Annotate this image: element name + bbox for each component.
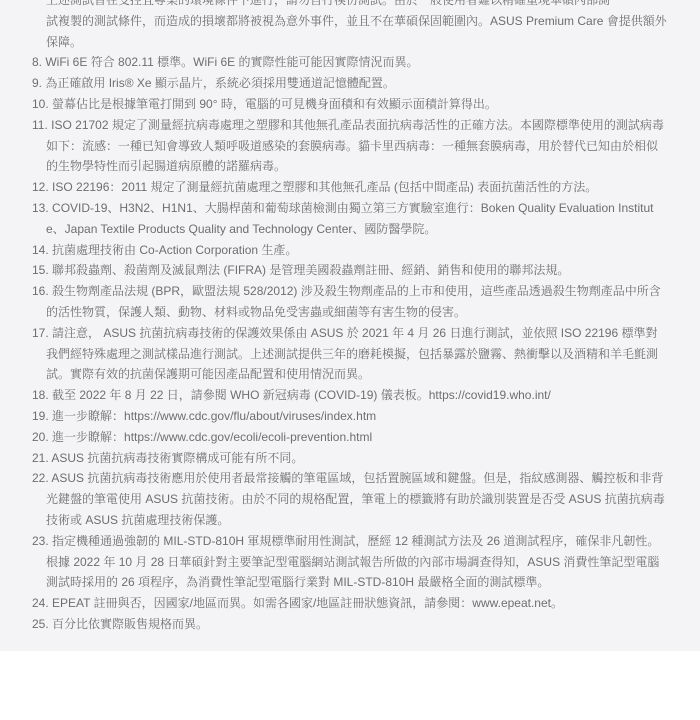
footnote-text: 殺生物劑產品法規 (BPR，歐盟法規 528/2012) 涉及殺生物劑產品的上市… <box>46 284 661 319</box>
footnote-number: 12. <box>32 180 49 194</box>
footnote-text: 進一步瞭解：https://www.cdc.gov/flu/about/viru… <box>52 409 376 423</box>
footnote-text: 抗菌處理技術由 Co-Action Corporation 生產。 <box>52 243 297 257</box>
footnote-text: 截至 2022 年 8 月 22 日，請參閱 WHO 新冠病毒 (COVID-1… <box>52 388 551 402</box>
footnote-text: 請注意， ASUS 抗菌抗病毒技術的保護效果係由 ASUS 於 2021 年 4… <box>46 326 658 382</box>
footnote-item: 15. 聯邦殺蟲劑、殺菌劑及滅鼠劑法 (FIFRA) 是管理美國殺蟲劑註冊、經銷… <box>0 260 668 281</box>
footnote-number: 9. <box>32 76 42 90</box>
footnote-item: 23. 指定機種通過強韌的 MIL-STD-810H 軍規標準耐用性測試，歷經 … <box>0 531 668 593</box>
footnote-number: 15. <box>32 263 49 277</box>
footnote-text: ISO 21702 規定了測量經抗病毒處理之塑膠和其他無孔產品表面抗病毒活性的正… <box>46 118 664 174</box>
footnote-item: 16. 殺生物劑產品法規 (BPR，歐盟法規 528/2012) 涉及殺生物劑產… <box>0 281 668 323</box>
footnote-number: 21. <box>32 451 49 465</box>
footnote-item: 18. 截至 2022 年 8 月 22 日，請參閱 WHO 新冠病毒 (COV… <box>0 385 668 406</box>
footnote-item: 9. 為正確啟用 Iris® Xe 顯示晶片，系統必須採用雙通道記憶體配置。 <box>0 73 668 94</box>
footnote-text: ASUS 抗菌抗病毒技術應用於使用者最常接觸的筆電區域，包括置腕區域和鍵盤。但是… <box>46 471 665 527</box>
footnote-text: 指定機種通過強韌的 MIL-STD-810H 軍規標準耐用性測試，歷經 12 種… <box>46 534 659 590</box>
footnote-number: 16. <box>32 284 49 298</box>
footnote-number: 23. <box>32 534 49 548</box>
footnote-text: 螢幕佔比是根據筆電打開到 90° 時，電腦的可見機身面積和有效顯示面積計算得出。 <box>52 97 497 111</box>
footnote-number: 20. <box>32 430 49 444</box>
footnote-text: ASUS 抗菌抗病毒技術實際構成可能有所不同。 <box>51 451 303 465</box>
footnote-item: 20. 進一步瞭解：https://www.cdc.gov/ecoli/ecol… <box>0 427 668 448</box>
footnote-item: 22. ASUS 抗菌抗病毒技術應用於使用者最常接觸的筆電區域，包括置腕區域和鍵… <box>0 468 668 530</box>
footnote-text: 進一步瞭解：https://www.cdc.gov/ecoli/ecoli-pr… <box>52 430 372 444</box>
footnote-text: COVID-19、H3N2、H1N1、大腸桿菌和葡萄球菌檢測由獨立第三方實驗室進… <box>46 201 654 236</box>
footnote-number: 24. <box>32 596 49 610</box>
footnote-item: 13. COVID-19、H3N2、H1N1、大腸桿菌和葡萄球菌檢測由獨立第三方… <box>0 198 668 240</box>
footnote-7-continuation: 試複製的測試條件，而造成的損壞都將被視為意外事件，並且不在華碩保固範圍內。ASU… <box>0 11 668 53</box>
footnote-item: 19. 進一步瞭解：https://www.cdc.gov/flu/about/… <box>0 406 668 427</box>
footnote-text: EPEAT 註冊與否，因國家/地區而異。如需各國家/地區註冊狀態資訊，請參閱：w… <box>52 596 563 610</box>
footnote-item: 10. 螢幕佔比是根據筆電打開到 90° 時，電腦的可見機身面積和有效顯示面積計… <box>0 94 668 115</box>
footnote-number: 17. <box>32 326 49 340</box>
footnotes-panel: 上述測試皆在受控且專業的環境條件下進行，請勿自行模仿測試。由於一般使用者難以精確… <box>0 0 700 651</box>
footnote-number: 18. <box>32 388 49 402</box>
footnote-item: 8. WiFi 6E 符合 802.11 標準。WiFi 6E 的實際性能可能因… <box>0 52 668 73</box>
footnote-7-clipped-line: 上述測試皆在受控且專業的環境條件下進行，請勿自行模仿測試。由於一般使用者難以精確… <box>0 0 668 11</box>
footnote-number: 14. <box>32 243 49 257</box>
footnote-text: 聯邦殺蟲劑、殺菌劑及滅鼠劑法 (FIFRA) 是管理美國殺蟲劑註冊、經銷、銷售和… <box>52 263 569 277</box>
footnote-number: 8. <box>32 55 42 69</box>
footnote-number: 13. <box>32 201 49 215</box>
footnote-text: WiFi 6E 符合 802.11 標準。WiFi 6E 的實際性能可能因實際情… <box>45 55 418 69</box>
footnote-item: 11. ISO 21702 規定了測量經抗病毒處理之塑膠和其他無孔產品表面抗病毒… <box>0 115 668 177</box>
footnote-text: 為正確啟用 Iris® Xe 顯示晶片，系統必須採用雙通道記憶體配置。 <box>45 76 395 90</box>
footnote-item: 14. 抗菌處理技術由 Co-Action Corporation 生產。 <box>0 240 668 261</box>
footnote-number: 19. <box>32 409 49 423</box>
footnote-item: 12. ISO 22196：2011 規定了測量經抗菌處理之塑膠和其他無孔產品 … <box>0 177 668 198</box>
page-bottom-whitespace <box>0 651 700 720</box>
footnote-item: 17. 請注意， ASUS 抗菌抗病毒技術的保護效果係由 ASUS 於 2021… <box>0 323 668 385</box>
footnotes-content: 上述測試皆在受控且專業的環境條件下進行，請勿自行模仿測試。由於一般使用者難以精確… <box>0 0 700 635</box>
footnote-number: 22. <box>32 471 49 485</box>
footnote-item: 24. EPEAT 註冊與否，因國家/地區而異。如需各國家/地區註冊狀態資訊，請… <box>0 593 668 614</box>
footnote-number: 25. <box>32 617 49 631</box>
footnote-text: 百分比依實際販售規格而異。 <box>52 617 208 631</box>
footnote-item: 25. 百分比依實際販售規格而異。 <box>0 614 668 635</box>
footnote-text: ISO 22196：2011 規定了測量經抗菌處理之塑膠和其他無孔產品 (包括中… <box>52 180 597 194</box>
footnote-number: 10. <box>32 97 49 111</box>
footnote-number: 11. <box>32 118 48 132</box>
footnote-item: 21. ASUS 抗菌抗病毒技術實際構成可能有所不同。 <box>0 448 668 469</box>
footnotes-list: 8. WiFi 6E 符合 802.11 標準。WiFi 6E 的實際性能可能因… <box>0 52 668 634</box>
